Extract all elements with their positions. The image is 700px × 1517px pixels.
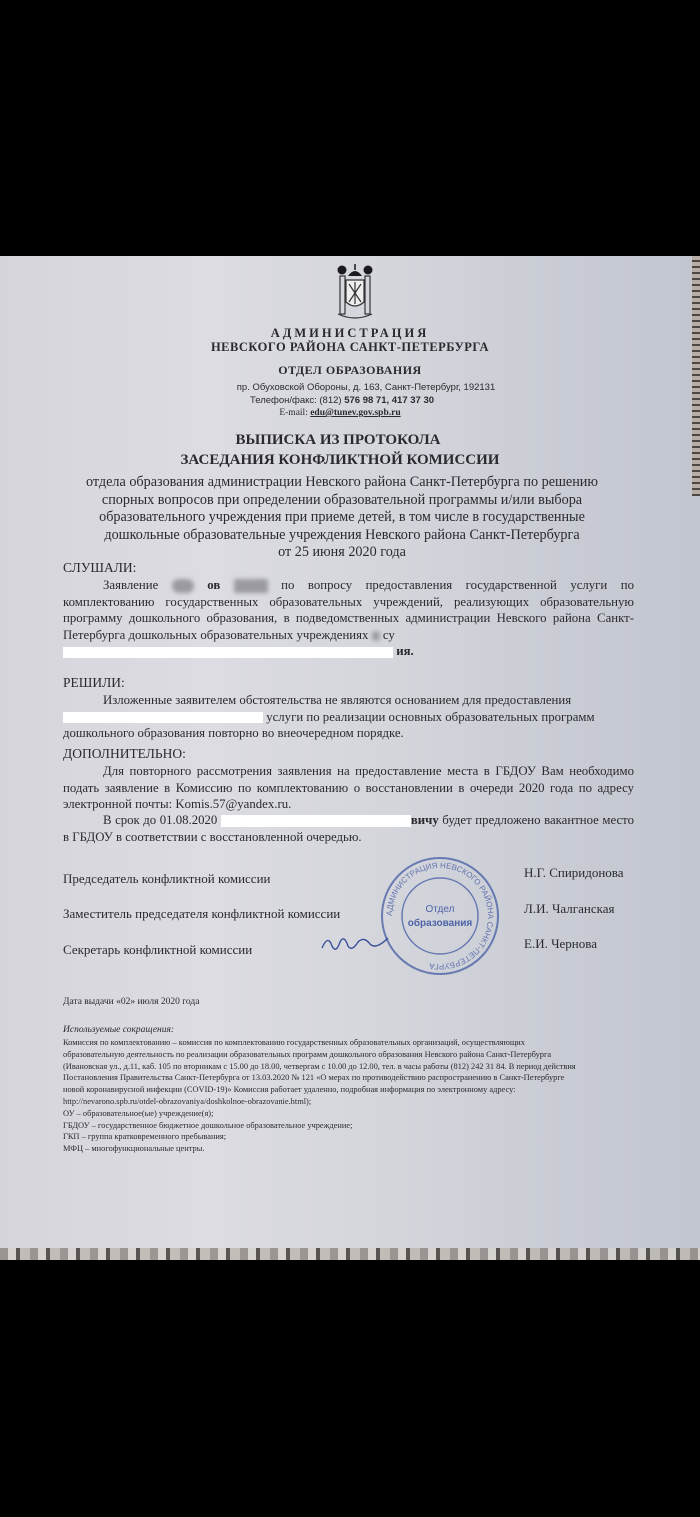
heard-paragraph: Заявление ов по вопросу предоставления г… (63, 577, 634, 660)
redacted-block (221, 815, 411, 827)
subtitle-line: спорных вопросов при определении образов… (0, 492, 692, 510)
commission-email-link[interactable]: Komis.57@yandex.ru (175, 797, 288, 811)
department-address: пр. Обуховской Обороны, д. 163, Санкт-Пе… (16, 382, 700, 393)
abbreviation-line: ОУ – образовательное(ые) учреждение(я); (63, 1108, 683, 1120)
signature-role-deputy: Заместитель председателя конфликтной ком… (63, 906, 340, 922)
decided-text: Изложенные заявителем обстоятельства не … (103, 693, 571, 707)
official-stamp-icon: АДМИНИСТРАЦИЯ НЕВСКОГО РАЙОНА САНКТ-ПЕТЕ… (378, 854, 502, 978)
decided-paragraph: Изложенные заявителем обстоятельства не … (63, 692, 634, 742)
phone-label: Телефон/факс: (812) (250, 395, 344, 406)
abbreviations-list: Комиссия по комплектованию – комиссия по… (63, 1037, 683, 1155)
issue-date: Дата выдачи «02» июля 2020 года (63, 997, 199, 1007)
email-label: E-mail: (279, 408, 310, 418)
signature-role-chair: Председатель конфликтной комиссии (63, 871, 271, 887)
abbreviation-line: новой коронавирусной инфекции (COVID-19)… (63, 1084, 683, 1096)
redacted-blur (372, 631, 380, 641)
redacted-block (63, 712, 263, 723)
handwritten-signature-icon (318, 928, 398, 958)
additional-paragraph-2: В срок до 01.08.2020 вичу будет предложе… (63, 812, 634, 845)
additional-text: вичу (411, 813, 439, 827)
administration-district: НЕВСКОГО РАЙОНА САНКТ-ПЕТЕРБУРГА (0, 340, 700, 355)
department-name: ОТДЕЛ ОБРАЗОВАНИЯ (0, 363, 700, 378)
punctuation: . (288, 797, 291, 811)
heard-heading: СЛУШАЛИ: (63, 560, 136, 576)
subtitle-line: дошкольные образовательные учреждения Не… (0, 527, 692, 545)
department-phone: Телефон/факс: (812) 576 98 71, 417 37 30 (0, 395, 692, 406)
redacted-blur (234, 579, 268, 593)
redacted-block (63, 647, 393, 658)
additional-text: В срок до 01.08.2020 (103, 813, 217, 827)
phone-numbers: 576 98 71, 417 37 30 (344, 395, 434, 406)
heard-text: Заявление (103, 578, 158, 592)
signature-name-chair: Н.Г. Спиридонова (524, 865, 624, 881)
stamp-center-text: Отдел (426, 904, 455, 915)
signature-role-secretary: Секретарь конфликтной комиссии (63, 942, 252, 958)
email-link[interactable]: edu@tunev.gov.spb.ru (310, 408, 400, 418)
abbreviations-heading: Используемые сокращения: (63, 1025, 174, 1035)
decided-text: услуги по реализации основных образовате… (266, 710, 594, 724)
document-subtitle: отдела образования администрации Невског… (0, 474, 692, 562)
decided-text: дошкольного образования повторно во внео… (63, 726, 404, 740)
coat-of-arms-icon (334, 264, 376, 322)
abbreviation-line: ГКП – группа кратковременного пребывания… (63, 1131, 683, 1143)
abbreviation-line: Комиссия по комплектованию – комиссия по… (63, 1037, 683, 1049)
additional-heading: ДОПОЛНИТЕЛЬНО: (63, 746, 186, 762)
heard-text: ов (207, 578, 220, 592)
department-email: E-mail: edu@tunev.gov.spb.ru (0, 408, 690, 418)
meeting-date: от 25 июня 2020 года (0, 544, 692, 562)
redacted-blur (172, 579, 194, 593)
administration-title: АДМИНИСТРАЦИЯ (0, 326, 700, 341)
signature-name-secretary: Е.И. Чернова (524, 936, 597, 952)
document-photo: АДМИНИСТРАЦИЯ НЕВСКОГО РАЙОНА САНКТ-ПЕТЕ… (0, 256, 700, 1260)
document-title-2: ЗАСЕДАНИЯ КОНФЛИКТНОЙ КОМИССИИ (0, 452, 690, 469)
abbreviation-line: (Ивановская ул., д.11, каб. 105 по вторн… (63, 1061, 683, 1073)
subtitle-line: образовательного учреждения при приеме д… (0, 509, 692, 527)
abbreviation-line: Постановления Правительства Санкт-Петерб… (63, 1072, 683, 1084)
abbreviation-line: образовательную деятельность по реализац… (63, 1049, 683, 1061)
signature-name-deputy: Л.И. Чалганская (524, 901, 614, 917)
stamp-center-text: образования (408, 917, 473, 929)
additional-text: Для повторного рассмотрения заявления на… (63, 764, 634, 811)
abbreviation-link[interactable]: http://nevarono.spb.ru/otdel-obrazovaniy… (63, 1096, 683, 1108)
document-title: ВЫПИСКА ИЗ ПРОТОКОЛА (0, 432, 688, 449)
decided-heading: РЕШИЛИ: (63, 675, 125, 691)
heard-text: ия. (396, 644, 414, 658)
subtitle-line: отдела образования администрации Невског… (0, 474, 692, 492)
abbreviation-line: ГБДОУ – государственное бюджетное дошкол… (63, 1120, 683, 1132)
abbreviation-line: МФЦ – многофункциональные центры. (63, 1143, 683, 1155)
heard-text: су (383, 628, 395, 642)
additional-paragraph-1: Для повторного рассмотрения заявления на… (63, 763, 634, 813)
